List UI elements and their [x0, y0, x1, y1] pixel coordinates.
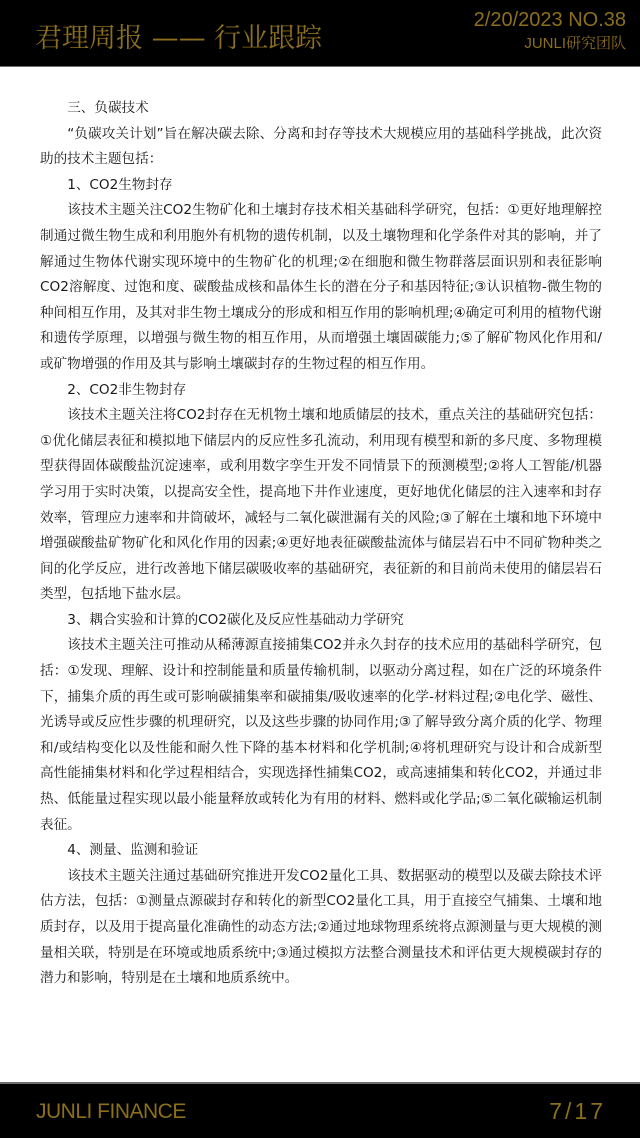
topic-heading: 4、测量、监测和验证 — [40, 838, 602, 864]
page-header: 君理周报 —— 行业跟踪 2/20/2023 NO.38 JUNLI研究团队 — [0, 0, 640, 67]
page-number: 7/17 — [549, 1098, 606, 1125]
section-title: 三、负碳技术 — [40, 96, 602, 122]
intro-paragraph: “负碳攻关计划”旨在解决碳去除、分离和封存等技术大规模应用的基础科学挑战，此次资… — [40, 122, 602, 173]
research-team: JUNLI研究团队 — [474, 33, 626, 55]
article-body: 三、负碳技术 “负碳攻关计划”旨在解决碳去除、分离和封存等技术大规模应用的基础科… — [40, 96, 602, 992]
report-title: 君理周报 —— 行业跟踪 — [35, 16, 322, 55]
topic-body: 该技术主题关注CO2生物矿化和土壤封存技术相关基础科学研究，包括：①更好地理解控… — [40, 198, 602, 377]
brand-name: JUNLI FINANCE — [36, 1100, 186, 1124]
topic-heading: 3、耦合实验和计算的CO2碳化及反应性基础动力学研究 — [40, 608, 602, 634]
header-meta: 2/20/2023 NO.38 JUNLI研究团队 — [474, 7, 626, 55]
topic-heading: 1、CO2生物封存 — [40, 173, 602, 199]
topic-body: 该技术主题关注将CO2封存在无机物土壤和地质储层的技术，重点关注的基础研究包括：… — [40, 403, 602, 608]
topic-body: 该技术主题关注通过基础研究推进开发CO2量化工具、数据驱动的模型以及碳去除技术评… — [40, 864, 602, 992]
page-footer: JUNLI FINANCE 7/17 — [0, 1082, 640, 1138]
topic-body: 该技术主题关注可推动从稀薄源直接捕集CO2并永久封存的技术应用的基础科学研究，包… — [40, 633, 602, 838]
issue-date: 2/20/2023 NO.38 — [474, 7, 626, 33]
topic-heading: 2、CO2非生物封存 — [40, 378, 602, 404]
